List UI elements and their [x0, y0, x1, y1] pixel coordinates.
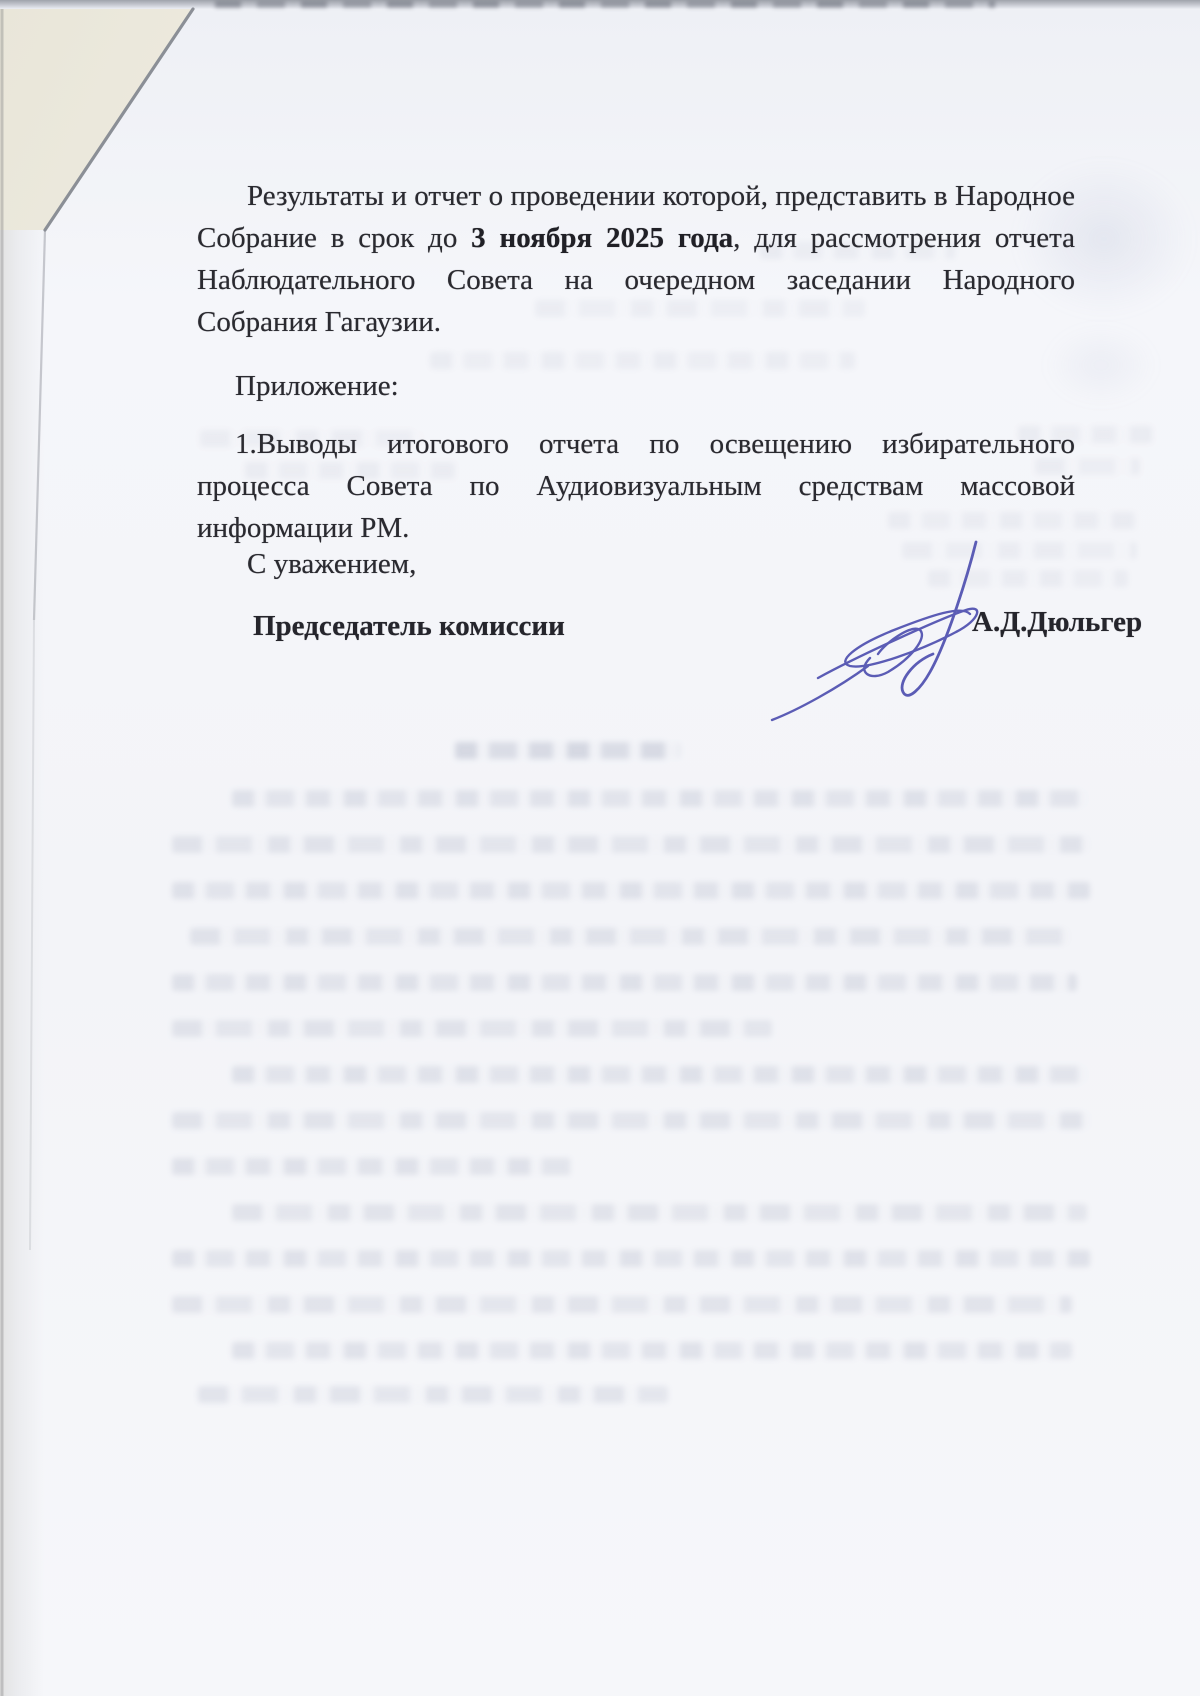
scanned-letter-page: Результаты и отчет о проведении которой,…: [0, 0, 1200, 1696]
deadline-date: 3 ноября 2025 года: [471, 222, 733, 254]
signature-ink: [758, 528, 998, 728]
signer-title: Председатель комиссии: [253, 610, 565, 643]
letter-content: Результаты и отчет о проведении которой,…: [0, 0, 1200, 1696]
attachment-label: Приложение:: [197, 365, 1075, 407]
main-paragraph: Результаты и отчет о проведении которой,…: [197, 175, 1075, 343]
